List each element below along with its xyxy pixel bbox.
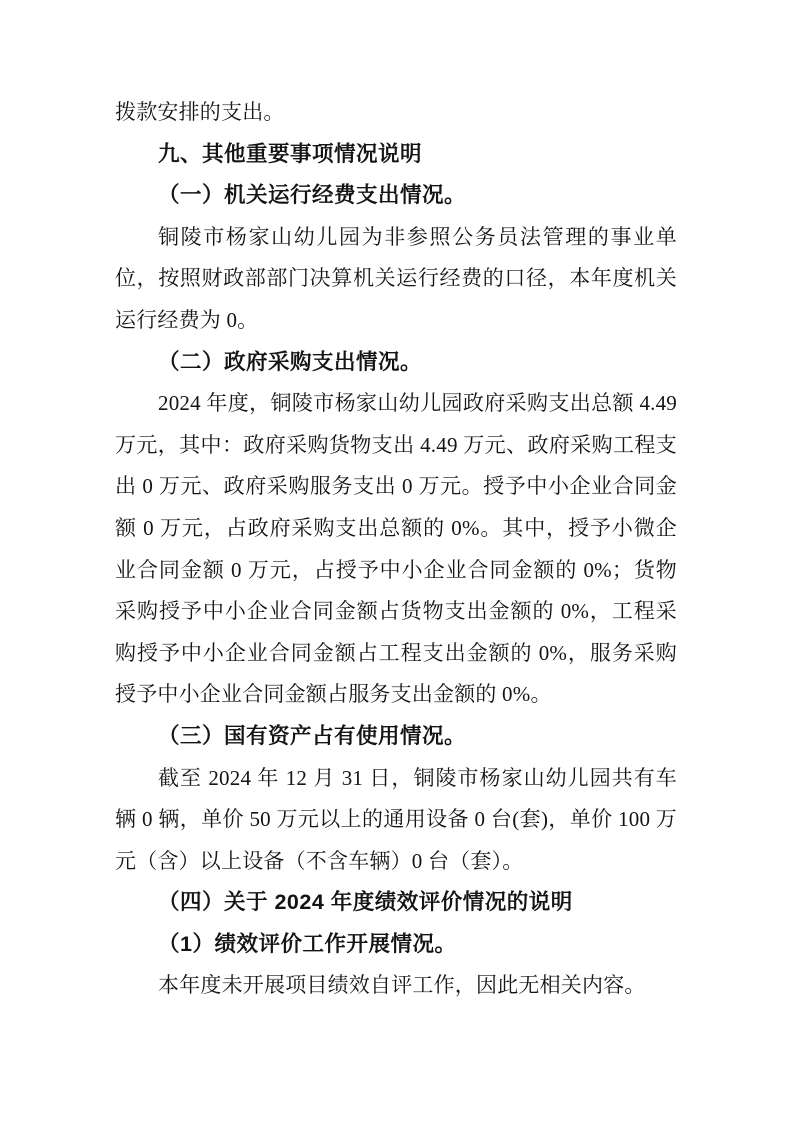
text-line: 本年度未开展项目绩效自评工作，因此无相关内容。 — [115, 965, 677, 1007]
text-line: 拨款安排的支出。 — [115, 92, 677, 134]
text-line: 辆 0 辆，单价 50 万元以上的通用设备 0 台(套)，单价 100 万 — [115, 799, 677, 841]
text-line: 采购授予中小企业合同金额占货物支出金额的 0%，工程采 — [115, 591, 677, 633]
heading-line: 九、其他重要事项情况说明 — [115, 134, 677, 176]
heading-line: （1）绩效评价工作开展情况。 — [115, 924, 677, 966]
heading-line: （三）国有资产占有使用情况。 — [115, 716, 677, 758]
text-line: 运行经费为 0。 — [115, 300, 677, 342]
text-line: 额 0 万元，占政府采购支出总额的 0%。其中，授予小微企 — [115, 508, 677, 550]
text-line: 截至 2024 年 12 月 31 日，铜陵市杨家山幼儿园共有车 — [115, 758, 677, 800]
heading-line: （二）政府采购支出情况。 — [115, 342, 677, 384]
text-line: 业合同金额 0 万元，占授予中小企业合同金额的 0%；货物 — [115, 550, 677, 592]
text-line: 2024 年度，铜陵市杨家山幼儿园政府采购支出总额 4.49 — [115, 383, 677, 425]
text-line: 购授予中小企业合同金额占工程支出金额的 0%，服务采购 — [115, 633, 677, 675]
text-line: 元（含）以上设备（不含车辆）0 台（套）。 — [115, 841, 677, 883]
text-line: 出 0 万元、政府采购服务支出 0 万元。授予中小企业合同金 — [115, 466, 677, 508]
text-line: 位，按照财政部部门决算机关运行经费的口径，本年度机关 — [115, 258, 677, 300]
heading-line: （一）机关运行经费支出情况。 — [115, 175, 677, 217]
text-line: 铜陵市杨家山幼儿园为非参照公务员法管理的事业单 — [115, 217, 677, 259]
text-line: 授予中小企业合同金额占服务支出金额的 0%。 — [115, 674, 677, 716]
document-body: 拨款安排的支出。九、其他重要事项情况说明（一）机关运行经费支出情况。铜陵市杨家山… — [115, 92, 677, 1007]
heading-line: （四）关于 2024 年度绩效评价情况的说明 — [115, 882, 677, 924]
text-line: 万元，其中：政府采购货物支出 4.49 万元、政府采购工程支 — [115, 425, 677, 467]
document-page: 拨款安排的支出。九、其他重要事项情况说明（一）机关运行经费支出情况。铜陵市杨家山… — [0, 0, 793, 1122]
